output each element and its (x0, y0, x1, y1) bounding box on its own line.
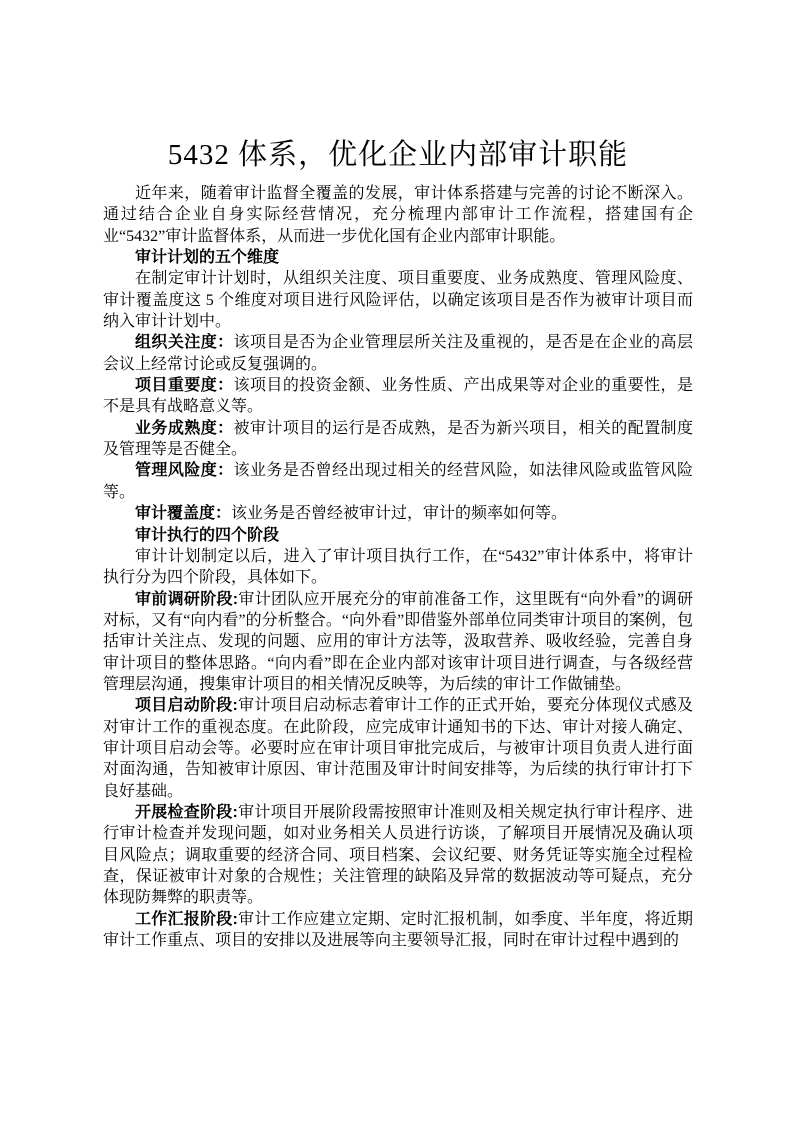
phase-item-pre-audit-research: 审前调研阶段:审计团队应开展充分的审前准备工作，这里既有“向外看”的调研对标，又… (103, 589, 693, 696)
phase-term: 审前调研阶段: (135, 591, 238, 608)
phase-item-work-reporting: 工作汇报阶段:审计工作应建立定期、定时汇报机制，如季度、半年度，将近期审计工作重… (103, 909, 693, 952)
document-content: 5432 体系，优化企业内部审计职能 近年来，随着审计监督全覆盖的发展，审计体系… (103, 134, 693, 951)
dimension-term: 审计覆盖度： (135, 505, 231, 522)
section-heading-five-dimensions: 审计计划的五个维度 (103, 247, 693, 268)
phase-term: 开展检查阶段: (135, 804, 238, 821)
page-title: 5432 体系，优化企业内部审计职能 (103, 134, 693, 176)
phase-term: 工作汇报阶段: (135, 911, 238, 928)
dimension-item-org-attention: 组织关注度：该项目是否为企业管理层所关注及重视的，是否是在企业的高层会议上经常讨… (103, 332, 693, 375)
dimension-term: 业务成熟度： (135, 420, 234, 437)
dimension-item-business-maturity: 业务成熟度：被审计项目的运行是否成熟，是否为新兴项目，相关的配置制度及管理等是否… (103, 418, 693, 461)
dimension-item-audit-coverage: 审计覆盖度：该业务是否曾经被审计过，审计的频率如何等。 (103, 503, 693, 524)
dimension-term: 组织关注度： (135, 334, 234, 351)
section2-lead-paragraph: 审计计划制定以后，进入了审计项目执行工作，在“5432”审计体系中，将审计执行分… (103, 546, 693, 589)
dimension-item-project-importance: 项目重要度：该项目的投资金额、业务性质、产出成果等对企业的重要性，是不是具有战略… (103, 375, 693, 418)
dimension-desc: 该业务是否曾经被审计过，审计的频率如何等。 (231, 505, 567, 522)
phase-item-project-kickoff: 项目启动阶段:审计项目启动标志着审计工作的正式开始，要充分体现仪式感及对审计工作… (103, 695, 693, 802)
dimension-item-management-risk: 管理风险度：该业务是否曾经出现过相关的经营风险，如法律风险或监管风险等。 (103, 460, 693, 503)
dimension-term: 项目重要度： (135, 377, 234, 394)
section1-lead-paragraph: 在制定审计计划时，从组织关注度、项目重要度、业务成熟度、管理风险度、审计覆盖度这… (103, 268, 693, 332)
document-page: 5432 体系，优化企业内部审计职能 近年来，随着审计监督全覆盖的发展，审计体系… (0, 0, 793, 1121)
phase-term: 项目启动阶段: (135, 697, 238, 714)
dimension-term: 管理风险度： (135, 462, 234, 479)
intro-paragraph: 近年来，随着审计监督全覆盖的发展，审计体系搭建与完善的讨论不断深入。通过结合企业… (103, 183, 693, 247)
phase-item-inspection: 开展检查阶段:审计项目开展阶段需按照审计准则及相关规定执行审计程序、进行审计检查… (103, 802, 693, 909)
section-heading-four-phases: 审计执行的四个阶段 (103, 525, 693, 546)
